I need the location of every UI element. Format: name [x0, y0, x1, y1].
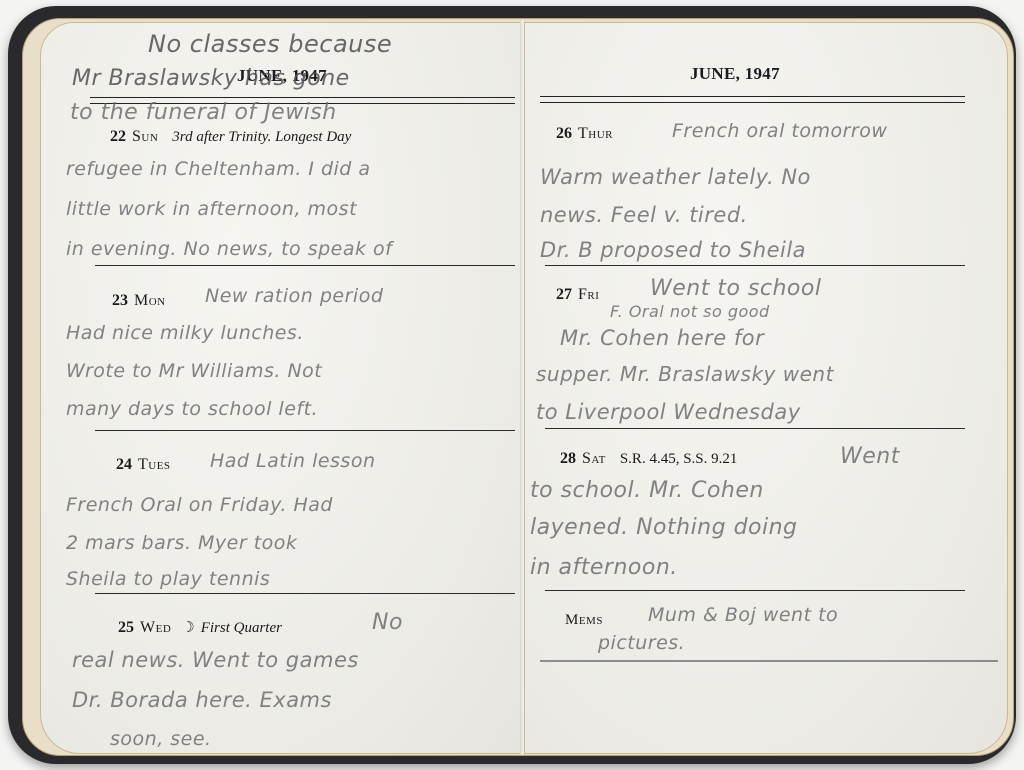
handwriting-23-line-1: New ration period [205, 285, 383, 307]
handwriting-27-line-1: Went to school [650, 276, 821, 301]
handwriting-25-line-1: No [372, 610, 403, 635]
day-of-week: Fri [578, 286, 599, 303]
day-of-week: Sun [132, 128, 158, 145]
right-page-header: JUNE, 1947 [690, 64, 780, 84]
day-number: 27 [556, 286, 572, 303]
handwriting-28-line-4: in afternoon. [530, 555, 678, 580]
handwriting-27-line-4: supper. Mr. Braslawsky went [536, 362, 834, 386]
day-of-week: Mon [134, 292, 166, 309]
handwriting-24-line-2: French Oral on Friday. Had [66, 494, 333, 516]
handwriting-28-line-3: layened. Nothing doing [530, 515, 798, 540]
day-of-week: Wed [140, 619, 171, 636]
day-number: 28 [560, 450, 576, 467]
day-heading-28: 28SatS.R. 4.45, S.S. 9.21 [560, 450, 737, 468]
day-divider [545, 265, 965, 266]
handwriting-24-line-1: Had Latin lesson [210, 450, 376, 472]
handwriting-23-line-4: many days to school left. [66, 398, 318, 420]
day-note: 3rd after Trinity. Longest Day [172, 129, 351, 145]
pencil-underline [540, 660, 998, 662]
day-heading-25: 25Wed☽First Quarter [118, 618, 282, 637]
handwritten-top-note-line-2: Mr Braslawsky has gone [72, 66, 350, 91]
day-heading-24: 24Tues [116, 456, 171, 474]
day-of-week: Tues [138, 456, 171, 473]
day-number: 26 [556, 125, 572, 142]
day-heading-26: 26Thur [556, 125, 613, 143]
mems-label-text: Mems [565, 612, 603, 628]
handwriting-27-line-3: Mr. Cohen here for [560, 326, 764, 350]
handwriting-mems-line-1: Mum & Boj went to [648, 604, 838, 626]
day-number: 24 [116, 456, 132, 473]
handwriting-28-line-1: Went [840, 444, 900, 469]
day-number: 23 [112, 292, 128, 309]
handwriting-25-line-4: soon, see. [110, 728, 212, 750]
header-double-rule [540, 96, 965, 103]
day-divider [95, 593, 515, 594]
day-divider [95, 265, 515, 266]
handwriting-23-line-3: Wrote to Mr Williams. Not [66, 360, 322, 382]
handwriting-26-line-1: French oral tomorrow [672, 120, 887, 142]
handwriting-26-line-3: news. Feel v. tired. [540, 203, 748, 227]
handwriting-25-line-3: Dr. Borada here. Exams [72, 688, 332, 712]
day-heading-27: 27Fri [556, 286, 599, 304]
handwriting-26-line-2: Warm weather lately. No [540, 165, 811, 189]
handwriting-28-line-2: to school. Mr. Cohen [530, 478, 764, 503]
handwriting-24-line-3: 2 mars bars. Myer took [66, 532, 297, 554]
day-heading-23: 23Mon [112, 292, 166, 310]
day-of-week: Sat [582, 450, 606, 467]
moon-phase-icon: ☽ [181, 620, 194, 636]
handwriting-27-line-5: to Liverpool Wednesday [536, 400, 801, 424]
handwriting-mems-line-2: pictures. [598, 632, 685, 654]
day-divider [545, 590, 965, 591]
handwriting-22-line-3: in evening. No news, to speak of [66, 238, 392, 260]
handwritten-top-note-line-1: No classes because [148, 30, 392, 58]
handwriting-22-line-2: little work in afternoon, most [66, 198, 357, 220]
day-heading-22: 22Sun3rd after Trinity. Longest Day [110, 128, 351, 146]
day-divider [545, 428, 965, 429]
day-of-week: Thur [578, 125, 613, 142]
day-number: 22 [110, 128, 126, 145]
day-divider [95, 430, 515, 431]
handwriting-22-line-1: refugee in Cheltenham. I did a [66, 158, 371, 180]
handwriting-26-line-4: Dr. B proposed to Sheila [540, 238, 806, 262]
mems-label: Mems [565, 612, 603, 629]
handwriting-23-line-2: Had nice milky lunches. [66, 322, 304, 344]
day-number: 25 [118, 619, 134, 636]
handwriting-24-line-4: Sheila to play tennis [66, 568, 270, 590]
day-note: First Quarter [201, 620, 282, 636]
handwriting-25-line-2: real news. Went to games [72, 648, 359, 672]
handwritten-top-note-line-3: to the funeral of Jewish [70, 100, 337, 125]
handwriting-27-line-2: F. Oral not so good [610, 302, 770, 321]
sunrise-sunset: S.R. 4.45, S.S. 9.21 [620, 451, 738, 467]
